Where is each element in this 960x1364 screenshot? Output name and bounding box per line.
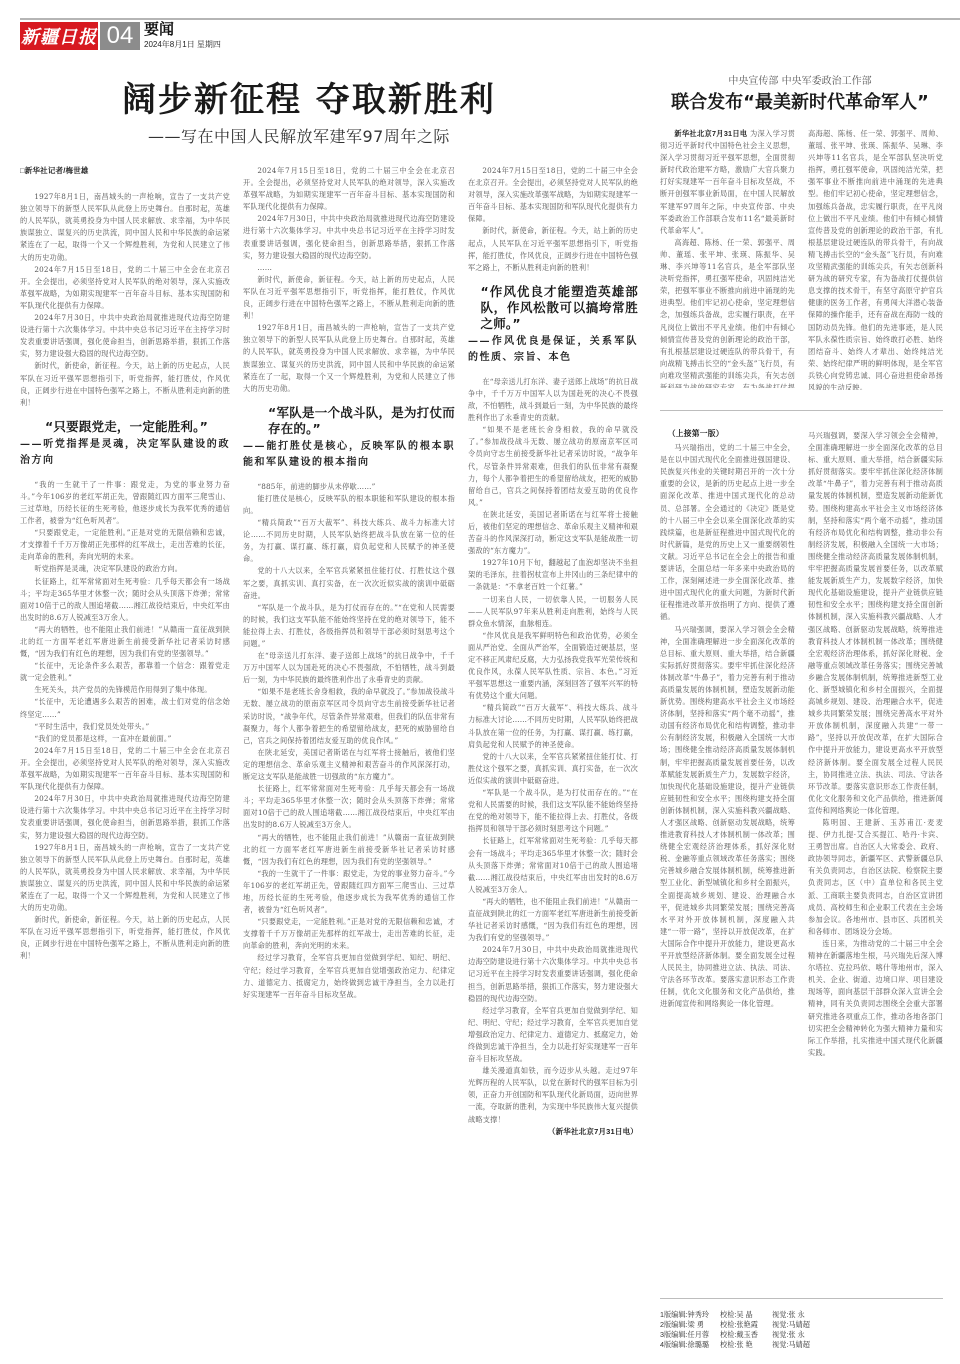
body-paragraph: “我的一生就干了一件事：跟党走，为党的事业努力奋斗。”今年106岁的老红军胡正先… <box>20 479 230 527</box>
side-article-kicker: 中央宣传部 中央军委政治工作部 <box>660 72 940 87</box>
visual-editor: 视觉:张 永 <box>772 1310 832 1320</box>
side-article-headline: 联合发布“最美新时代革命军人” <box>655 88 945 114</box>
editor-credits: 1版编辑:钟秀玲 校检:吴 晶 视觉:张 永 2版编辑:梁 勇 校检:张艳霞 视… <box>660 1310 832 1350</box>
continued-article-column-1: （上接第一版） 马兴瑞指出，党的二十届三中全会，是在以中国式现代化全面推进强国建… <box>660 428 795 1278</box>
body-paragraph: 马兴瑞强调，要深入学习领会全会精神，全面准确理解进一步全面深化改革的总目标、重大… <box>808 430 943 817</box>
body-paragraph: 长征路上，红军常常面对生死考验：几乎每天都会有一场战斗；平均走365华里才休整一… <box>20 576 230 624</box>
credit-row: 4版编辑:徐璐璐 校检:张 艳 视觉:马婧超 <box>660 1340 832 1350</box>
body-paragraph: “精兵简政”“百万大裁军”、科技大练兵、战斗力标准大讨论……不同历史时期，人民军… <box>468 702 638 750</box>
side-article-column-1: 新华社北京7月31日电 为深入学习贯彻习近平新时代中国特色社会主义思想，深入学习… <box>660 128 795 388</box>
body-paragraph: “只要跟党走，一定能胜利。”正是对党的无限信赖和忠诚，才支撑着千千万万像胡正先那… <box>20 527 230 563</box>
visual-editor: 视觉:马婧超 <box>772 1320 832 1330</box>
intro-paragraph: 1927年8月1日，南昌城头的一声枪响，宣告了一支共产党独立领导下的新型人民军队… <box>20 191 230 264</box>
body-paragraph: 马兴瑞指出，党的二十届三中全会，是在以中国式现代化全面推进强国建设、民族复兴伟业… <box>660 442 795 623</box>
page-editor: 3版编辑:任月蓉 <box>660 1330 720 1340</box>
body-paragraph: “平时生活中，我们党员处处带头。” <box>20 721 230 733</box>
main-subheadline: ——写在中国人民解放军建军97周年之际 <box>148 124 450 147</box>
body-paragraph: “军队是一个战斗队，是为打仗而存在的。”“在党和人民需要的时候，我们这支军队能不… <box>243 602 455 650</box>
body-paragraph: 党的十八大以来，全军官兵紧紧扭住能打仗、打胜仗这个强军之要，真抓实训、真打实备，… <box>243 565 455 601</box>
body-paragraph: 党的十八大以来，全军官兵紧紧扭住能打仗、打胜仗这个强军之要，真抓实训、真打实备，… <box>468 751 638 787</box>
page-editor: 1版编辑:钟秀玲 <box>660 1310 720 1320</box>
body-paragraph: 高海超、陈杨、任一荣、郭强平、周帅、董瑶、张平坤、张瑛、陈振华、吴琳、李兴坤等1… <box>808 128 943 390</box>
body-paragraph: “长征中，无论遭遇多么艰苦的困难，战士们对党的信念始终坚定……” <box>20 696 230 720</box>
body-paragraph: 2024年7月15日至18日，党的二十届三中全会在北京召开。全会提出，必须坚持党… <box>20 745 230 793</box>
body-paragraph: 新时代，新使命，新征程。今天，站上新的历史起点，人民军队在习近平强军思想指引下，… <box>243 274 455 322</box>
section-divider <box>660 410 943 411</box>
credit-row: 3版编辑:任月蓉 校检:戴玉香 视觉:张 永 <box>660 1330 832 1340</box>
ellipsis: …… <box>243 262 455 274</box>
issue-date: 2024年8月1日 星期四 <box>144 39 221 50</box>
body-paragraph: 2024年7月15日至18日，党的二十届三中全会在北京召开。全会提出，必须坚持党… <box>468 165 638 225</box>
body-paragraph: “如果不是老班长舍身相救，我的命早就没了。”参加战役战斗无数、屡立战功的原南京军… <box>468 424 638 509</box>
closing-paragraph: 雄关漫道真如铁，而今迈步从头越。走过97年光辉历程的人民军队，以党在新时代的强军… <box>468 1065 638 1125</box>
section-info: 要闻 2024年8月1日 星期四 <box>144 22 221 52</box>
body-paragraph: 听党指挥是灵魂，决定军队建设的政治方向。 <box>20 563 230 575</box>
body-paragraph: 生死关头，共产党员的先锋模范作用得到了集中体现。 <box>20 684 230 696</box>
continued-from-label: （上接第一版） <box>660 428 795 440</box>
body-paragraph: 陈明国、王建新、玉苏甫江·麦麦提、伊力扎提·艾合买提江、哈丹·卡宾、王勇智出席。… <box>808 817 943 938</box>
body-paragraph: “如果不是老班长舍身相救，我的命早就没了。”参加战役战斗无数、屡立战功的原南京军… <box>243 686 455 746</box>
intro-paragraph: 新时代，新使命，新征程。今天，站上新的历史起点，人民军队在习近平强军思想指引下，… <box>20 360 230 408</box>
dateline: 新华社北京7月31日电 <box>674 129 747 138</box>
section-subtitle: ——听党指挥是灵魂，决定军队建设的政治方向 <box>20 437 230 469</box>
section-name: 要闻 <box>144 22 221 38</box>
body-paragraph: 1927年10月下旬，翻越起了血泡却坚决不坐担架的毛泽东，拄着拐杖宣布上井冈山的… <box>468 557 638 593</box>
body-paragraph: “军队是一个战斗队，是为打仗而存在的。”“在党和人民需要的时候，我们这支军队能不… <box>468 787 638 835</box>
body-paragraph: 在陕北延安，美国记者斯诺在与红军将士接触后，被他们坚定的理想信念、革命乐观主义精… <box>243 747 455 783</box>
proofreader: 校检:张艳霞 <box>720 1320 772 1330</box>
body-paragraph: 在“母亲送儿打东洋、妻子送郎上战场”的抗日战争中，千千万万中国军人以为国赴死的决… <box>468 376 638 424</box>
main-headline: 阔步新征程 夺取新胜利 <box>122 72 496 121</box>
body-paragraph: 长征路上，红军常常面对生死考验：几乎每天都会有一场战斗；平均走365华里才休整一… <box>243 783 455 831</box>
closing-paragraph: 经过学习教育，全军官兵更加自觉做到学纪、知纪、明纪、守纪；经过学习教育，全军官兵… <box>468 1005 638 1065</box>
byline: □新华社记者/梅世雄 <box>20 165 230 177</box>
visual-editor: 视觉:马婧超 <box>772 1340 832 1350</box>
body-paragraph: “885年，前进的脚步从未停歇……” <box>243 481 455 493</box>
main-article-column-2: 2024年7月15日至18日，党的二十届三中全会在北京召开。全会提出，必须坚持党… <box>243 165 455 1360</box>
body-paragraph: 在陕北延安，美国记者斯诺在与红军将士接触后，被他们坚定的理想信念、革命乐观主义精… <box>468 509 638 557</box>
body-paragraph: 能打胜仗是核心，反映军队的根本职能和军队建设的根本指向。 <box>243 493 455 517</box>
page-number: 04 <box>100 22 140 50</box>
body-paragraph: “只要跟党走，一定能胜利。”正是对党的无限信赖和忠诚，才支撑着千千万万像胡正先那… <box>243 916 455 952</box>
credit-row: 2版编辑:梁 勇 校检:张艳霞 视觉:马婧超 <box>660 1320 832 1330</box>
page-editor: 4版编辑:徐璐璐 <box>660 1340 720 1350</box>
body-paragraph: 新时代，新使命，新征程。今天，站上新的历史起点，人民军队在习近平强军思想指引下，… <box>468 225 638 273</box>
section-subtitle: ——能打胜仗是核心，反映军队的根本职能和军队建设的根本指向 <box>243 439 455 471</box>
proofreader: 校检:吴 晶 <box>720 1310 772 1320</box>
section-title: “只要跟党走，一定能胜利。” <box>20 419 230 435</box>
section-title: “军队是一个战斗队，是为打仗而存在的。” <box>243 405 455 437</box>
masthead: 新疆日报 04 要闻 2024年8月1日 星期四 <box>20 22 221 52</box>
intro-paragraph: 2024年7月15日至18日，党的二十届三中全会在北京召开。全会提出，必须坚持党… <box>20 264 230 312</box>
main-article-column-3: 2024年7月15日至18日，党的二十届三中全会在北京召开。全会提出，必须坚持党… <box>468 165 638 1360</box>
body-paragraph: “我们的党员都是这样，一直冲在最前面。” <box>20 733 230 745</box>
body-paragraph: 1927年8月1日，南昌城头的一声枪响，宣告了一支共产党独立领导下的新型人民军队… <box>20 842 230 915</box>
body-paragraph: 2024年7月30日，中共中央政治局就推进现代边海空防建设进行第十六次集体学习。… <box>20 793 230 841</box>
body-paragraph: “再大的牺牲，也不能阻止我们前进！”从赣南一直征战到陕北的红一方面军老红军唐进新… <box>243 832 455 868</box>
body-paragraph: 马兴瑞强调，要深入学习领会全会精神，全面准确理解进一步全面深化改革的总目标、重大… <box>660 624 795 1011</box>
credits-divider <box>660 1298 943 1299</box>
body-paragraph: 连日来，为推动党的二十届三中全会精神在新疆落地生根，马兴瑞先后深入博尔塔拉、克拉… <box>808 938 943 1059</box>
body-paragraph: 2024年7月30日，中共中央政治局就推进现代边海空防建设进行第十六次集体学习。… <box>468 944 638 1004</box>
body-paragraph: 一切来自人民，一切依靠人民，一切服务人民——人民军队97年来从胜利走向胜利，始终… <box>468 594 638 630</box>
body-paragraph: “再大的牺牲，也不能阻止我们前进！”从赣南一直征战到陕北的红一方面军老红军唐进新… <box>20 624 230 660</box>
body-paragraph: 经过学习教育，全军官兵更加自觉做到学纪、知纪、明纪、守纪；经过学习教育，全军官兵… <box>243 952 455 1000</box>
credit-row: 1版编辑:钟秀玲 校检:吴 晶 视觉:张 永 <box>660 1310 832 1320</box>
intro-paragraph: 2024年7月30日，中共中央政治局就推进现代边海空防建设进行第十六次集体学习。… <box>20 312 230 360</box>
body-paragraph: 为深入学习贯彻习近平新时代中国特色社会主义思想，深入学习贯彻习近平强军思想，全面… <box>660 129 795 235</box>
body-paragraph: 高海超、陈杨、任一荣、郭强平、周帅、董瑶、张平坤、张瑛、陈振华、吴琳、李兴坤等1… <box>660 237 795 388</box>
section-subtitle: ——作风优良是保证，关系军队的性质、宗旨、本色 <box>468 334 638 366</box>
section-title: “作风优良才能塑造英雄部队，作风松散可以搞垮常胜之师。” <box>468 284 638 332</box>
body-paragraph: 在“母亲送儿打东洋、妻子送郎上战场”的抗日战争中，千千万万中国军人以为国赴死的决… <box>243 650 455 686</box>
body-paragraph: “我的一生就干了一件事：跟党走，为党的事业努力奋斗。”今年106岁的老红军胡正先… <box>243 868 455 916</box>
body-paragraph: 1927年8月1日，南昌城头的一声枪响，宣告了一支共产党独立领导下的新型人民军队… <box>243 322 455 395</box>
side-article-column-2: 高海超、陈杨、任一荣、郭强平、周帅、董瑶、张平坤、张瑛、陈振华、吴琳、李兴坤等1… <box>808 128 943 390</box>
body-paragraph: 2024年7月15日至18日，党的二十届三中全会在北京召开。全会提出，必须坚持党… <box>243 165 455 213</box>
proofreader: 校检:张 艳 <box>720 1340 772 1350</box>
masthead-top-rule <box>20 18 960 20</box>
body-paragraph: “精兵简政”“百万大裁军”、科技大练兵、战斗力标准大讨论……不同历史时期，人民军… <box>243 517 455 565</box>
body-paragraph: “再大的牺牲，也不能阻止我们前进！”从赣南一直征战到陕北的红一方面军老红军唐进新… <box>468 896 638 944</box>
body-paragraph: 新时代，新使命，新征程。今天，站上新的历史起点，人民军队在习近平强军思想指引下，… <box>20 914 230 962</box>
visual-editor: 视觉:张 永 <box>772 1330 832 1340</box>
body-paragraph: 2024年7月30日，中共中央政治局就推进现代边海空防建设进行第十六次集体学习。… <box>243 213 455 261</box>
page-editor: 2版编辑:梁 勇 <box>660 1320 720 1330</box>
newspaper-logo: 新疆日报 <box>20 22 98 50</box>
article-end-credit: （新华社北京7月31日电） <box>468 1126 638 1138</box>
body-paragraph: 长征路上，红军常常面对生死考验：几乎每天都会有一场战斗；平均走365华里才休整一… <box>468 835 638 895</box>
main-article-column-1: □新华社记者/梅世雄 1927年8月1日，南昌城头的一声枪响，宣告了一支共产党独… <box>20 165 230 1285</box>
body-paragraph: “作风优良是我军鲜明特色和政治优势，必须全面从严治党、全面从严治军，全面锻造过硬… <box>468 630 638 703</box>
continued-article-column-2: 马兴瑞强调，要深入学习领会全会精神，全面准确理解进一步全面深化改革的总目标、重大… <box>808 430 943 1278</box>
proofreader: 校检:戴玉香 <box>720 1330 772 1340</box>
body-paragraph: “长征中，无论条件多么艰苦，都靠着一个信念：跟着党走就一定会胜利。” <box>20 660 230 684</box>
